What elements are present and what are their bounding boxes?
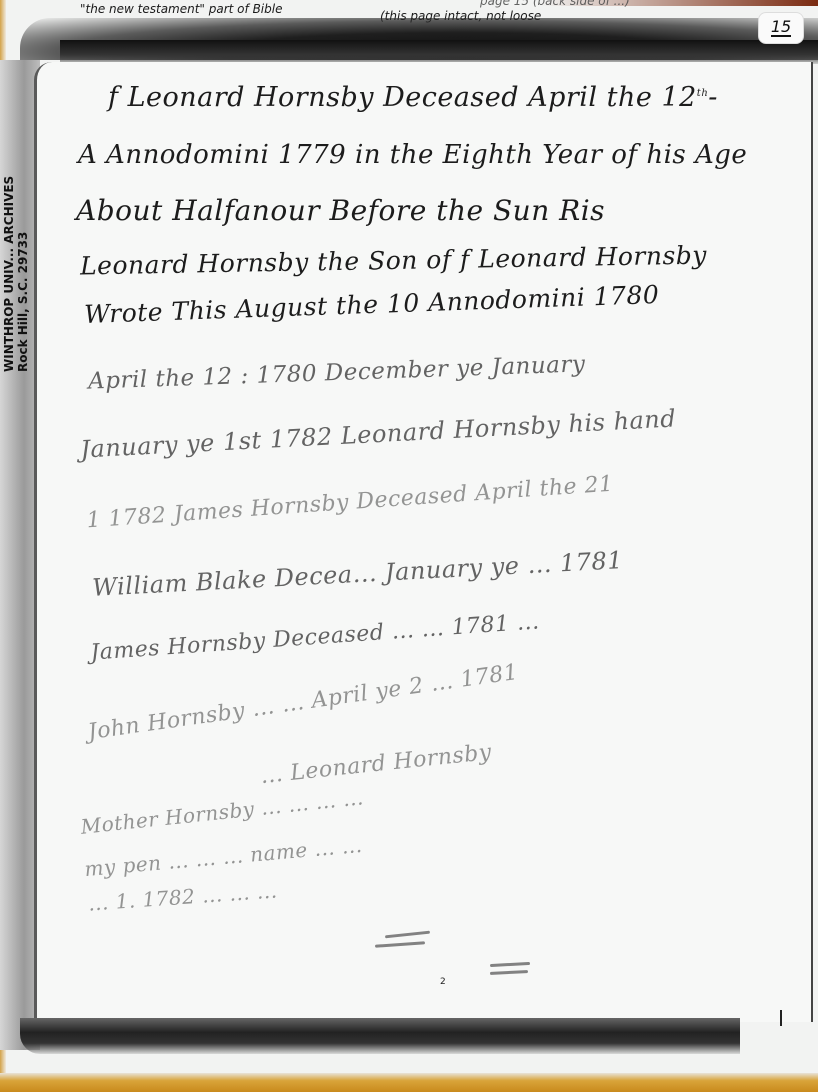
record-line-1-tail: - <box>708 82 718 113</box>
annotation-cut-off: page 15 (back side of ...) <box>480 0 630 8</box>
record-line-3: About Halfanour Before the Sun Ris <box>76 194 605 227</box>
page-number: 15 <box>771 19 791 37</box>
record-line-2: A Annodomini 1779 in the Eighth Year of … <box>78 140 747 170</box>
archive-stamp-line1: WINTHROP UNIV... ARCHIVES <box>2 92 16 372</box>
folder-edge-bottom <box>0 1073 818 1092</box>
archive-stamp-line2: Rock Hill, S.C. 29733 <box>16 92 30 372</box>
record-line-1: f Leonard Hornsby Deceased April the 12t… <box>108 82 718 113</box>
record-line-1-sup: th <box>697 88 708 99</box>
page-number-badge: 15 <box>758 12 804 44</box>
margin-tick <box>780 1010 782 1026</box>
record-line-1-text: f Leonard Hornsby Deceased April the 12 <box>108 82 697 113</box>
scan-shadow-bottom <box>20 1018 740 1054</box>
bottom-mark: 2 <box>440 977 446 987</box>
scan-shadow-top-inner <box>60 40 818 64</box>
scanned-page: "the new testament" part of Bible (this … <box>0 0 818 1092</box>
annotation-new-testament: "the new testament" part of Bible <box>80 2 282 16</box>
